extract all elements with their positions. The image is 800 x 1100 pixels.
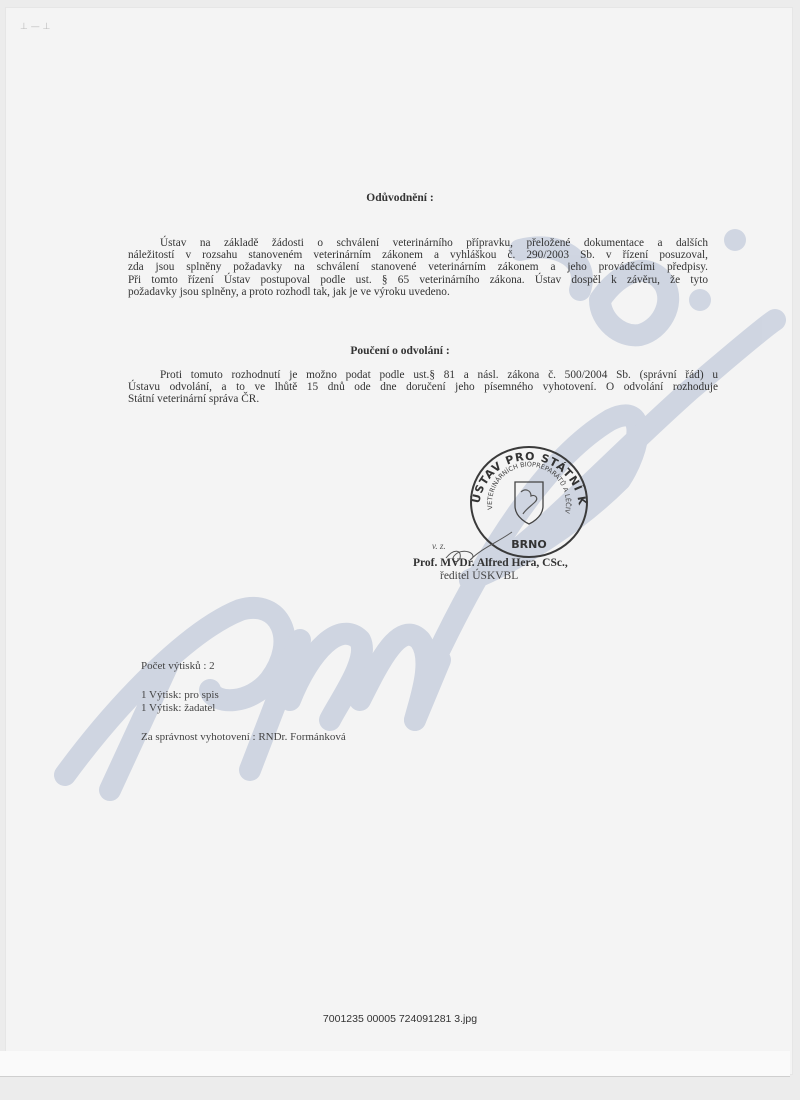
- scanned-page: [6, 8, 792, 1074]
- appeal-line: Státní veterinární správa ČR.: [128, 393, 718, 405]
- justification-paragraph: Ústav na základě žádosti o schválení vet…: [128, 237, 708, 298]
- appeal-line: Ústavu odvolání, a to ve lhůtě 15 dnů od…: [128, 381, 718, 393]
- signatory-name: Prof. MVDr. Alfred Hera, CSc.,: [413, 557, 568, 569]
- appeal-paragraph: Proti tomuto rozhodnutí je možno podat p…: [128, 369, 718, 406]
- file-code: 7001235 00005 724091281 3.jpg: [0, 1013, 800, 1025]
- scan-registration-marks: ⊥ — ⊥: [20, 22, 50, 32]
- appeal-heading: Poučení o odvolání :: [0, 345, 800, 357]
- copy-item: 1 Výtisk: žadatel: [141, 702, 215, 715]
- copy-item: 1 Výtisk: pro spis: [141, 689, 219, 702]
- justification-line: Při tomto řízení Ústav postupoval podle …: [128, 274, 708, 286]
- verified-by: Za správnost vyhotovení : RNDr. Formánko…: [141, 731, 346, 744]
- justification-line: požadavky jsou splněny, a proto rozhodl …: [128, 286, 708, 298]
- copies-count: Počet výtisků : 2: [141, 660, 215, 673]
- scan-border-strip: [0, 1051, 790, 1077]
- justification-line: náležitostí v rozsahu stanoveném veterin…: [128, 249, 708, 261]
- justification-line: zda jsou splněny požadavky na schválení …: [128, 261, 708, 273]
- appeal-line: Proti tomuto rozhodnutí je možno podat p…: [128, 369, 718, 381]
- signatory-title: ředitel ÚSKVBL: [440, 570, 518, 582]
- justification-heading: Odůvodnění :: [0, 192, 800, 204]
- justification-line: Ústav na základě žádosti o schválení vet…: [128, 237, 708, 249]
- coat-of-arms-icon: [515, 482, 543, 524]
- signature-initials: v. z.: [432, 541, 446, 551]
